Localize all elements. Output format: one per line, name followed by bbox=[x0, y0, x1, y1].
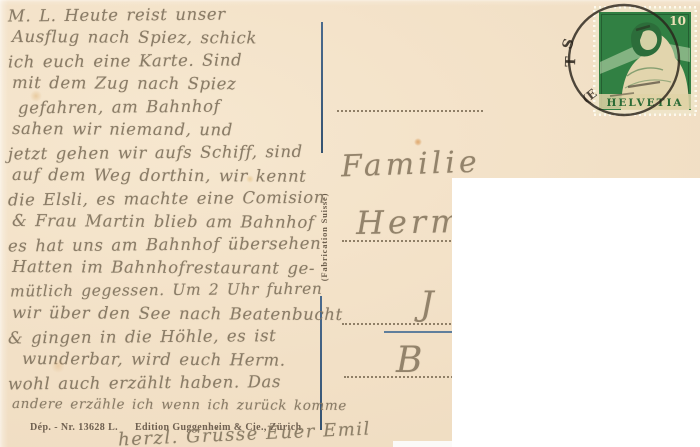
postmark-letters-lower: (E bbox=[579, 86, 599, 106]
handwriting-line: mit dem Zug nach Spiez bbox=[12, 71, 344, 96]
white-redaction-overlay bbox=[452, 178, 700, 447]
handwriting-line: mütlich gegessen. Um 2 Uhr fuhren bbox=[10, 278, 344, 304]
handwriting-line: sahen wir niemand, und bbox=[12, 117, 344, 142]
postmark-art: S T (E bbox=[550, 0, 700, 135]
handwriting-line: Hatten im Bahnhofrestaurant ge- bbox=[12, 255, 344, 280]
handwriting-line: andere erzähle ich wenn ich zurück komme bbox=[12, 393, 344, 418]
handwriting-line: die Elsli, es machte eine Comision bbox=[8, 186, 344, 212]
handwriting-line: jetzt gehen wir aufs Schiff, sind bbox=[8, 140, 344, 166]
deposit-number: Dép. - Nr. 13628 L. bbox=[30, 422, 118, 433]
postcard-back: M. L. Heute reist unserAusflug nach Spie… bbox=[0, 0, 700, 447]
postmark-letter-s: S bbox=[560, 37, 578, 52]
card-bottom-edge bbox=[393, 441, 453, 447]
handwritten-message-block: M. L. Heute reist unserAusflug nach Spie… bbox=[8, 3, 344, 417]
handwriting-line: es hat uns am Bahnhof übersehen bbox=[8, 232, 344, 258]
handwriting-line: gefahren, am Bahnhof bbox=[18, 94, 344, 120]
handwriting-line: auf dem Weg dorthin, wir kennt bbox=[12, 163, 344, 188]
postmark-letter-t: T bbox=[563, 56, 579, 68]
address-dotted-line-1 bbox=[337, 110, 483, 112]
handwriting-line: Ausflug nach Spiez, schick bbox=[12, 25, 344, 50]
handwriting-line: wohl auch erzählt haben. Das bbox=[8, 370, 344, 396]
handwriting-line: ich euch eine Karte. Sind bbox=[8, 48, 344, 74]
handwriting-line: wunderbar, wird euch Herm. bbox=[22, 347, 344, 372]
postmark: S T (E bbox=[550, 0, 700, 135]
address-name-line-2: Herm bbox=[356, 202, 465, 242]
handwriting-line: & gingen in die Höhle, es ist bbox=[8, 324, 344, 350]
handwriting-line: wir über den See nach Beatenbucht bbox=[12, 301, 344, 326]
handwriting-line: & Frau Martin blieb am Bahnhof bbox=[12, 209, 344, 234]
handwriting-line: M. L. Heute reist unser bbox=[8, 2, 344, 28]
address-fragment-3: J bbox=[420, 284, 434, 324]
address-fragment-4: B bbox=[396, 340, 422, 381]
